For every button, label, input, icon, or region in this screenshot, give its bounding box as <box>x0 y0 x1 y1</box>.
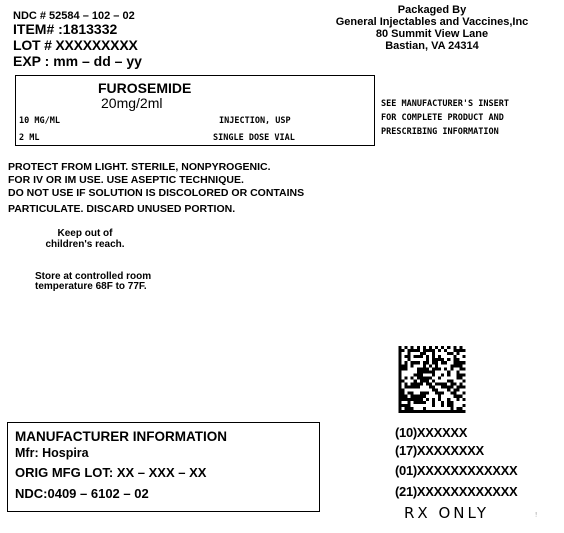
gs1-batch-lot: (10)XXXXXX <box>395 425 467 440</box>
manufacturer-name: Mfr: Hospira <box>15 446 89 460</box>
packager-info: Packaged By General Injectables and Vacc… <box>300 4 564 52</box>
keep-out-line: Keep out of <box>20 228 150 239</box>
scan-artifact: ꜝ <box>535 513 537 522</box>
packager-company: General Injectables and Vaccines,Inc <box>300 16 564 28</box>
warning-line: DO NOT USE IF SOLUTION IS DISCOLORED OR … <box>8 187 304 200</box>
insert-note-line: FOR COMPLETE PRODUCT AND <box>381 111 509 125</box>
storage-line: temperature 68F to 77F. <box>35 282 151 292</box>
rx-only: RX ONLY <box>404 504 489 522</box>
gs1-serial: (21)XXXXXXXXXXXX <box>395 484 517 499</box>
drug-strength: 20mg/2ml <box>101 95 162 111</box>
drug-concentration: 10 MG/ML <box>19 116 60 126</box>
datamatrix-barcode-icon <box>397 346 467 413</box>
storage-notice: Store at controlled room temperature 68F… <box>35 272 151 292</box>
drug-form: INJECTION, USP <box>219 116 291 126</box>
manufacturer-info-box: MANUFACTURER INFORMATION Mfr: Hospira OR… <box>7 422 320 512</box>
keep-out-line: children's reach. <box>20 239 150 250</box>
keep-out-notice: Keep out of children's reach. <box>20 228 150 250</box>
drug-info-box: FUROSEMIDE 20mg/2ml 10 MG/ML 2 ML INJECT… <box>15 75 375 146</box>
drug-name: FUROSEMIDE <box>98 80 191 96</box>
gs1-gtin: (01)XXXXXXXXXXXX <box>395 463 517 478</box>
item-number: ITEM# :1813332 <box>13 21 117 37</box>
packager-heading: Packaged By <box>300 4 564 16</box>
original-mfg-lot: ORIG MFG LOT: XX – XXX – XX <box>15 465 206 480</box>
expiration-date: EXP : mm – dd – yy <box>13 53 142 69</box>
packager-address-line2: Bastian, VA 24314 <box>300 40 564 52</box>
insert-note-line: SEE MANUFACTURER'S INSERT <box>381 97 509 111</box>
warning-line: FOR IV OR IM USE. USE ASEPTIC TECHNIQUE. <box>8 174 304 187</box>
gs1-expiration: (17)XXXXXXXX <box>395 443 484 458</box>
insert-note-line: PRESCRIBING INFORMATION <box>381 125 509 139</box>
warning-line: PROTECT FROM LIGHT. STERILE, NONPYROGENI… <box>8 161 304 174</box>
drug-volume: 2 ML <box>19 133 39 143</box>
packager-address-line1: 80 Summit View Lane <box>300 28 564 40</box>
manufacturer-ndc: NDC:0409 – 6102 – 02 <box>15 486 149 501</box>
warnings: PROTECT FROM LIGHT. STERILE, NONPYROGENI… <box>8 161 304 216</box>
lot-number: LOT # XXXXXXXXX <box>13 37 138 53</box>
warning-line: PARTICULATE. DISCARD UNUSED PORTION. <box>8 203 304 216</box>
insert-note: SEE MANUFACTURER'S INSERT FOR COMPLETE P… <box>381 97 509 139</box>
drug-container: SINGLE DOSE VIAL <box>213 133 295 143</box>
manufacturer-title: MANUFACTURER INFORMATION <box>15 429 227 444</box>
